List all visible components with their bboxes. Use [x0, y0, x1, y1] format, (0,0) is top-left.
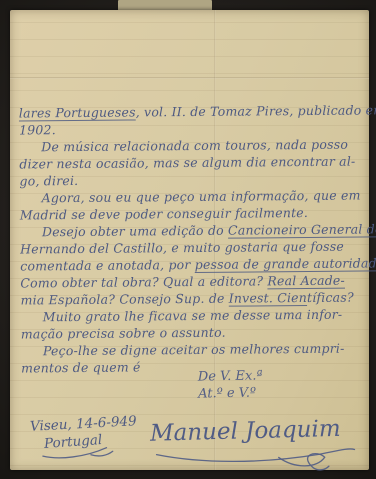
letter-text-segment: Real Acade- — [267, 273, 345, 289]
letter-line: mentos de quem é — [21, 357, 363, 377]
letter-text-segment: De música relacionada com touros, nada p… — [41, 137, 348, 155]
letter-text-segment: tíficas? — [307, 290, 354, 305]
letter-text-segment: pessoa de grande autoridade. — [195, 255, 376, 272]
letter-line: dizer nesta ocasião, mas se algum dia en… — [19, 153, 361, 173]
letter-paper: lares Portugueses, vol. II. de Tomaz Pir… — [10, 10, 369, 470]
letter-text-segment: , vol. II. de Tomaz Pires, publicado em — [136, 102, 376, 119]
letter-text-segment: mia Española? Consejo Sup. de — [20, 291, 228, 308]
letter-text-segment: mentos de quem é — [21, 359, 141, 375]
closing-line-1: De V. Ex.ª — [198, 367, 263, 385]
fold-crease-horizontal — [10, 77, 369, 79]
letter-text-segment: Desejo obter uma edição do — [42, 223, 228, 240]
letter-text-segment: lares Portugueses — [19, 104, 136, 120]
letter-text-segment: Agora, sou eu que peço uma informação, q… — [42, 188, 361, 206]
letter-text-segment: Cancioneiro General de — [228, 221, 376, 237]
letter-text-segment: dizer nesta ocasião, mas se algum dia en… — [19, 154, 355, 172]
letter-text-segment: Invest. Cien — [229, 290, 307, 306]
letter-text-segment: Hernando del Castillo, e muito gostaria … — [20, 239, 344, 257]
closing-line-2: At.º e V.º — [198, 384, 263, 402]
letter-line: Agora, sou eu que peço uma informação, q… — [20, 187, 362, 207]
letter-text-segment: Madrid se deve poder conseguir facilment… — [20, 205, 308, 223]
letter-text-segment: mação precisa sobre o assunto. — [21, 325, 226, 342]
letter-text-segment: go, direi. — [19, 173, 78, 189]
signature-flourish-icon — [150, 441, 361, 478]
letter-line: lares Portugueses, vol. II. de Tomaz Pir… — [19, 102, 361, 122]
letter-line: Muito grato lhe ficava se me desse uma i… — [21, 306, 363, 326]
letter-text-segment: 1902. — [19, 122, 56, 137]
letter-text-segment: comentada e anotada, por — [20, 257, 195, 274]
country-underlined: Portugal — [44, 432, 103, 452]
letter-text-segment: Muito grato lhe ficava se me desse uma i… — [43, 307, 343, 325]
scanned-letter-frame: lares Portugueses, vol. II. de Tomaz Pir… — [0, 0, 376, 479]
place-date: Viseu, 14-6-949 — [30, 413, 137, 435]
letter-closing: De V. Ex.ª At.º e V.º — [198, 367, 263, 402]
letter-text-segment: Como obter tal obra? Qual a editora? — [20, 273, 267, 290]
signature-handwriting: Manuel Joaquim — [150, 415, 365, 447]
letter-text-segment: Peço-lhe se digne aceitar os melhores cu… — [43, 341, 345, 359]
letter-body: lares Portugueses, vol. II. de Tomaz Pir… — [19, 102, 363, 377]
letter-line: Peço-lhe se digne aceitar os melhores cu… — [21, 340, 363, 360]
